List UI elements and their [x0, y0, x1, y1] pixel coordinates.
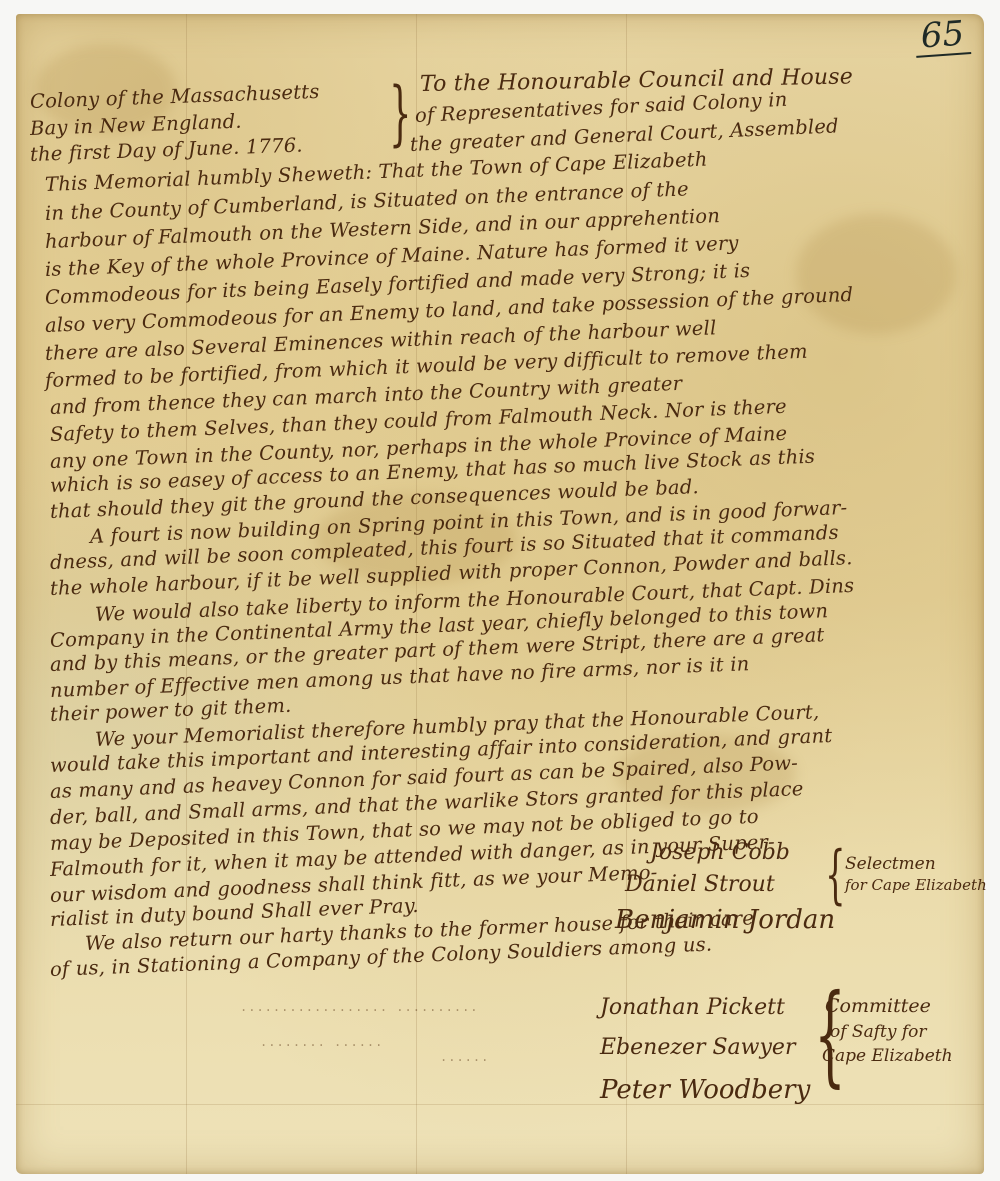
signature-selectman: Benjamin Jordan	[615, 905, 835, 935]
committee-title: of Safty for	[830, 1022, 927, 1042]
folio-number: 65	[913, 16, 971, 58]
signature-selectman: Daniel Strout	[625, 872, 775, 897]
signature-committee: Jonathan Pickett	[600, 995, 785, 1020]
heading-brace: }	[389, 72, 411, 154]
committee-title: Cape Elizabeth	[822, 1046, 953, 1066]
signature-committee: Ebenezer Sawyer	[600, 1035, 795, 1060]
water-stain	[796, 214, 956, 334]
selectmen-title: for Cape Elizabeth	[845, 876, 987, 894]
bleedthrough-text: .................. ..........	[240, 1000, 479, 1014]
bleedthrough-text: ......	[440, 1050, 489, 1064]
signature-committee: Peter Woodbery	[600, 1075, 810, 1105]
signature-selectman: Joseph Cobb	[650, 840, 790, 865]
selectmen-title: Selectmen	[845, 854, 936, 874]
committee-title: Committee	[825, 995, 931, 1017]
selectmen-brace: {	[825, 838, 845, 912]
bleedthrough-text: ........ ......	[260, 1035, 383, 1049]
fold-crease	[16, 1104, 984, 1105]
